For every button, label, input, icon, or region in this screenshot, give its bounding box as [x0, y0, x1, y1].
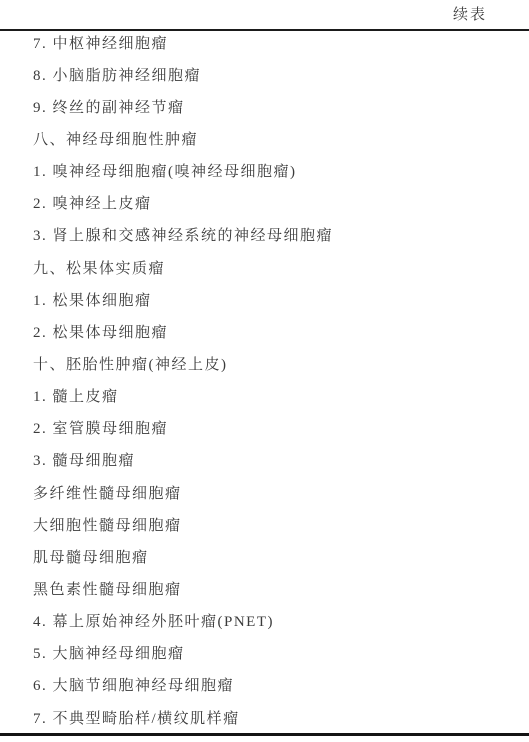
list-item: 大细胞性髓母细胞瘤 [0, 508, 529, 540]
list-item: 黑色素性髓母细胞瘤 [0, 572, 529, 604]
list-item: 肌母髓母细胞瘤 [0, 540, 529, 572]
list-item: 1. 髓上皮瘤 [0, 380, 529, 412]
list-item: 7. 不典型畸胎样/横纹肌样瘤 [0, 701, 529, 733]
list-item: 6. 大脑节细胞神经母细胞瘤 [0, 669, 529, 701]
tumor-classification-list: 7. 中枢神经细胞瘤8. 小脑脂肪神经细胞瘤9. 终丝的副神经节瘤八、神经母细胞… [0, 26, 529, 733]
list-item: 2. 松果体母细胞瘤 [0, 315, 529, 347]
list-item: 3. 肾上腺和交感神经系统的神经母细胞瘤 [0, 219, 529, 251]
list-item: 1. 嗅神经母细胞瘤(嗅神经母细胞瘤) [0, 155, 529, 187]
list-item: 十、胚胎性肿瘤(神经上皮) [0, 347, 529, 379]
list-item: 7. 中枢神经细胞瘤 [0, 26, 529, 58]
list-item: 4. 幕上原始神经外胚叶瘤(PNET) [0, 605, 529, 637]
list-item: 九、松果体实质瘤 [0, 251, 529, 283]
continued-table-label: 续表 [453, 3, 487, 24]
list-item: 多纤维性髓母细胞瘤 [0, 476, 529, 508]
list-item: 5. 大脑神经母细胞瘤 [0, 637, 529, 669]
list-item: 3. 髓母细胞瘤 [0, 444, 529, 476]
table-bottom-rule [0, 733, 529, 736]
list-item: 2. 嗅神经上皮瘤 [0, 187, 529, 219]
list-item: 2. 室管膜母细胞瘤 [0, 412, 529, 444]
document-page: 续表 7. 中枢神经细胞瘤8. 小脑脂肪神经细胞瘤9. 终丝的副神经节瘤八、神经… [0, 0, 529, 742]
list-item: 八、神经母细胞性肿瘤 [0, 122, 529, 154]
list-item: 8. 小脑脂肪神经细胞瘤 [0, 58, 529, 90]
list-item: 9. 终丝的副神经节瘤 [0, 90, 529, 122]
list-item: 1. 松果体细胞瘤 [0, 283, 529, 315]
